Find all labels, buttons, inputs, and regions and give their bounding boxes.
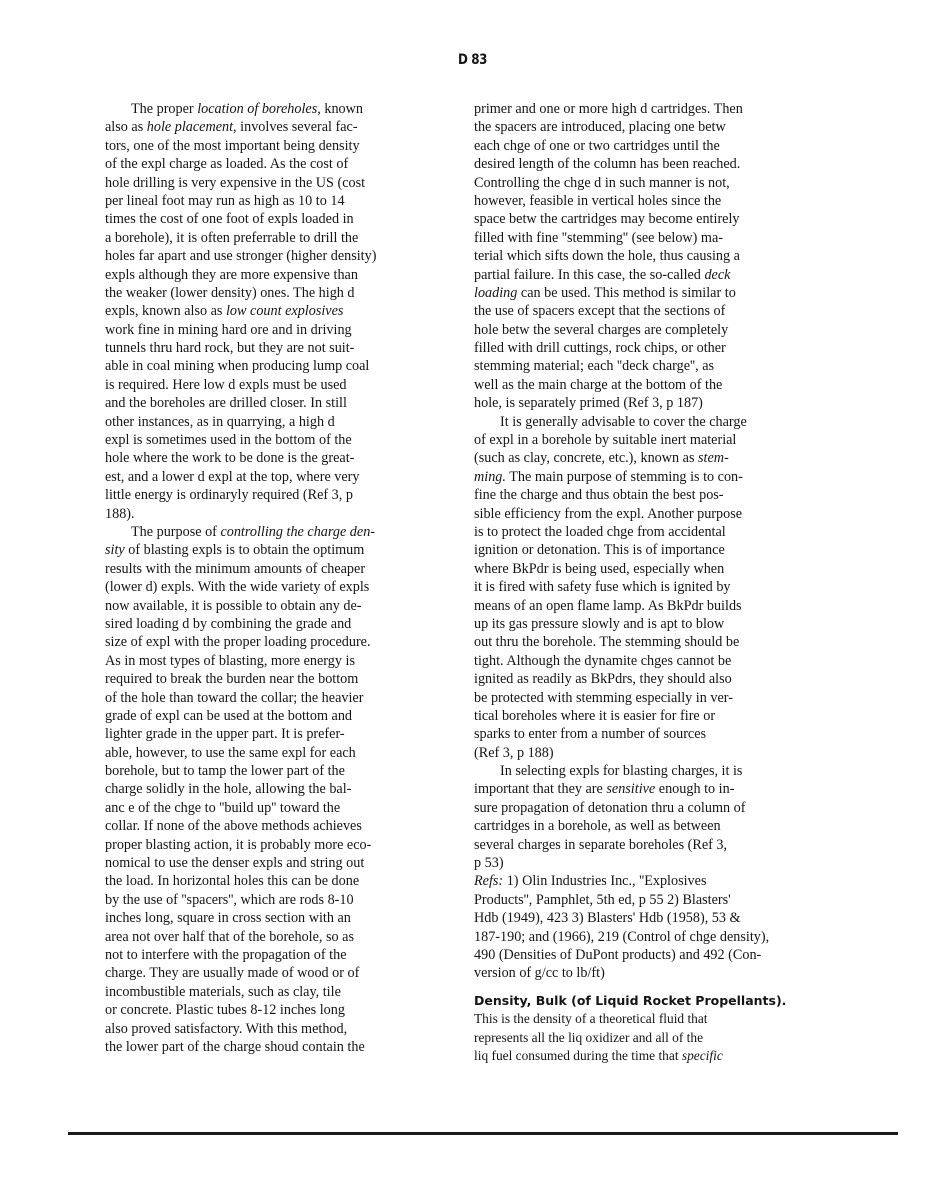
text-line: of expl in a borehole by suitable inert … — [474, 431, 794, 449]
text-line: (Ref 3, p 188) — [474, 744, 794, 762]
text-run: tight. Although the dynamite chges canno… — [474, 653, 731, 669]
text-line: a borehole), it is often preferrable to … — [105, 229, 430, 247]
text-line: is required. Here low d expls must be us… — [105, 376, 430, 394]
text-run: Controlling the chge d in such manner is… — [474, 175, 730, 191]
text-line: represents all the liq oxidizer and all … — [474, 1029, 794, 1047]
text-run: of the hole than toward the collar; the … — [105, 690, 363, 706]
text-line: anc e of the chge to ''build up'' toward… — [105, 799, 430, 817]
text-line: sity of blasting expls is to obtain the … — [105, 541, 430, 559]
text-run: expl is sometimes used in the bottom of … — [105, 432, 352, 448]
text-run: sired loading d by combining the grade a… — [105, 616, 351, 632]
text-run: ignited as readily as BkPdrs, they shoul… — [474, 671, 732, 687]
text-line: It is generally advisable to cover the c… — [474, 413, 794, 431]
text-line: up its gas pressure slowly and is apt to… — [474, 615, 794, 633]
text-line: expls although they are more expensive t… — [105, 266, 430, 284]
text-run: also as — [105, 119, 147, 135]
text-run: be protected with stemming especially in… — [474, 690, 733, 706]
text-run: cartridges in a borehole, as well as bet… — [474, 818, 721, 834]
text-run: stemming material; each ''deck charge'',… — [474, 358, 714, 374]
text-line: sired loading d by combining the grade a… — [105, 615, 430, 633]
text-run: 1) Olin Industries Inc., ''Explosives — [503, 873, 706, 889]
text-run: well as the main charge at the bottom of… — [474, 377, 722, 393]
text-line: per lineal foot may run as high as 10 to… — [105, 192, 430, 210]
text-line: required to break the burden near the bo… — [105, 670, 430, 688]
text-run: expls although they are more expensive t… — [105, 267, 358, 283]
text-run: required to break the burden near the bo… — [105, 671, 358, 687]
text-run: represents all the liq oxidizer and all … — [474, 1030, 703, 1045]
footer-rule — [68, 1132, 898, 1135]
section-heading: Density, Bulk (of Liquid Rocket Propella… — [474, 992, 794, 1010]
text-run: expls, known also as — [105, 303, 226, 319]
text-run: hole where the work to be done is the gr… — [105, 450, 354, 466]
text-run: Products'', Pamphlet, 5th ed, p 55 2) Bl… — [474, 892, 731, 908]
text-line: filled with drill cuttings, rock chips, … — [474, 339, 794, 357]
text-line: the use of spacers except that the secti… — [474, 302, 794, 320]
text-line: the spacers are introduced, placing one … — [474, 118, 794, 136]
text-line: by the use of ''spacers'', which are rod… — [105, 891, 430, 909]
text-line: hole betw the several charges are comple… — [474, 321, 794, 339]
text-run: of blasting expls is to obtain the optim… — [125, 542, 365, 558]
text-run: of the expl charge as loaded. As the cos… — [105, 156, 348, 172]
text-run: lighter grade in the upper part. It is p… — [105, 726, 345, 742]
italic-term: hole placement, — [147, 119, 237, 135]
page-header: D 83 — [71, 52, 874, 68]
text-line: charge. They are usually made of wood or… — [105, 964, 430, 982]
text-run: collar. If none of the above methods ach… — [105, 818, 362, 834]
text-line: the lower part of the charge shoud conta… — [105, 1038, 430, 1056]
left-column: The proper location of boreholes, knowna… — [105, 100, 430, 1056]
text-run: It is generally advisable to cover the c… — [500, 414, 747, 430]
text-line: The purpose of controlling the charge de… — [105, 523, 430, 541]
text-run: area not over half that of the borehole,… — [105, 929, 354, 945]
text-line: also as hole placement, involves several… — [105, 118, 430, 136]
text-line: the load. In horizontal holes this can b… — [105, 872, 430, 890]
text-run: hole, is separately primed (Ref 3, p 187… — [474, 395, 703, 411]
text-run: incombustible materials, such as clay, t… — [105, 984, 341, 1000]
text-line: expls, known also as low count explosive… — [105, 302, 430, 320]
text-run: borehole, but to tamp the lower part of … — [105, 763, 345, 779]
text-line: 490 (Densities of DuPont products) and 4… — [474, 946, 794, 964]
text-run: up its gas pressure slowly and is apt to… — [474, 616, 724, 632]
text-run: per lineal foot may run as high as 10 to… — [105, 193, 345, 209]
text-run: grade of expl can be used at the bottom … — [105, 708, 352, 724]
text-line: where BkPdr is being used, especially wh… — [474, 560, 794, 578]
text-run: 490 (Densities of DuPont products) and 4… — [474, 947, 761, 963]
italic-term: deck — [704, 267, 730, 283]
text-run: and the boreholes are drilled closer. In… — [105, 395, 347, 411]
text-run: partial failure. In this case, the so-ca… — [474, 267, 704, 283]
text-line: hole where the work to be done is the gr… — [105, 449, 430, 467]
text-line: est, and a lower d expl at the top, wher… — [105, 468, 430, 486]
text-run: the load. In horizontal holes this can b… — [105, 873, 359, 889]
text-line: of the expl charge as loaded. As the cos… — [105, 155, 430, 173]
text-run: is required. Here low d expls must be us… — [105, 377, 347, 393]
text-run: results with the minimum amounts of chea… — [105, 561, 365, 577]
text-run: In selecting expls for blasting charges,… — [500, 763, 742, 779]
text-run: by the use of ''spacers'', which are rod… — [105, 892, 354, 908]
text-line: it is fired with safety fuse which is ig… — [474, 578, 794, 596]
text-run: involves several fac- — [237, 119, 358, 135]
italic-term: sity — [105, 542, 125, 558]
text-run: As in most types of blasting, more energ… — [105, 653, 355, 669]
text-line: expl is sometimes used in the bottom of … — [105, 431, 430, 449]
text-run: est, and a lower d expl at the top, wher… — [105, 469, 360, 485]
text-run: sure propagation of detonation thru a co… — [474, 800, 745, 816]
text-line: tight. Although the dynamite chges canno… — [474, 652, 794, 670]
text-line: however, feasible in vertical holes sinc… — [474, 192, 794, 210]
text-run: is to protect the loaded chge from accid… — [474, 524, 726, 540]
text-line: p 53) — [474, 854, 794, 872]
text-line: tunnels thru hard rock, but they are not… — [105, 339, 430, 357]
italic-term: sensitive — [606, 781, 655, 797]
italic-term: ming. — [474, 469, 506, 485]
italic-term: location of boreholes, — [197, 101, 321, 117]
text-run: not to interfere with the propagation of… — [105, 947, 347, 963]
text-line: ming. The main purpose of stemming is to… — [474, 468, 794, 486]
text-line: the weaker (lower density) ones. The hig… — [105, 284, 430, 302]
text-run: known — [321, 101, 363, 117]
text-line: holes far apart and use stronger (higher… — [105, 247, 430, 265]
text-run: This is the density of a theoretical flu… — [474, 1011, 708, 1026]
text-line: now available, it is possible to obtain … — [105, 597, 430, 615]
text-run: The main purpose of stemming is to con- — [506, 469, 743, 485]
text-run: nomical to use the denser expls and stri… — [105, 855, 364, 871]
text-line: In selecting expls for blasting charges,… — [474, 762, 794, 780]
text-run: (lower d) expls. With the wide variety o… — [105, 579, 369, 595]
text-run: liq fuel consumed during the time that — [474, 1048, 682, 1063]
text-run: charge solidly in the hole, allowing the… — [105, 781, 351, 797]
right-column-continuation: This is the density of a theoretical flu… — [474, 1010, 794, 1065]
text-run: filled with drill cuttings, rock chips, … — [474, 340, 726, 356]
text-run: however, feasible in vertical holes sinc… — [474, 193, 721, 209]
text-line: terial which sifts down the hole, thus c… — [474, 247, 794, 265]
text-run: filled with fine ''stemming'' (see below… — [474, 230, 723, 246]
text-line: important that they are sensitive enough… — [474, 780, 794, 798]
text-run: inches long, square in cross section wit… — [105, 910, 351, 926]
text-line: desired length of the column has been re… — [474, 155, 794, 173]
text-line: (lower d) expls. With the wide variety o… — [105, 578, 430, 596]
text-line: sible efficiency from the expl. Another … — [474, 505, 794, 523]
text-line: lighter grade in the upper part. It is p… — [105, 725, 430, 743]
text-run: terial which sifts down the hole, thus c… — [474, 248, 740, 264]
text-line: able, however, to use the same expl for … — [105, 744, 430, 762]
text-run: size of expl with the proper loading pro… — [105, 634, 371, 650]
text-run: p 53) — [474, 855, 504, 871]
text-run: Hdb (1949), 423 3) Blasters' Hdb (1958),… — [474, 910, 741, 926]
text-run: able, however, to use the same expl for … — [105, 745, 356, 761]
text-run: desired length of the column has been re… — [474, 156, 740, 172]
text-line: of the hole than toward the collar; the … — [105, 689, 430, 707]
text-run: important that they are — [474, 781, 606, 797]
text-run: now available, it is possible to obtain … — [105, 598, 362, 614]
text-line: Hdb (1949), 423 3) Blasters' Hdb (1958),… — [474, 909, 794, 927]
text-run: enough to in- — [655, 781, 734, 797]
text-run: tical boreholes where it is easier for f… — [474, 708, 715, 724]
text-run: able in coal mining when producing lump … — [105, 358, 369, 374]
text-line: The proper location of boreholes, known — [105, 100, 430, 118]
text-run: sible efficiency from the expl. Another … — [474, 506, 742, 522]
text-run: fine the charge and thus obtain the best… — [474, 487, 724, 503]
text-line: Products'', Pamphlet, 5th ed, p 55 2) Bl… — [474, 891, 794, 909]
italic-term: controlling the charge den- — [220, 524, 375, 540]
italic-term: Refs: — [474, 873, 503, 889]
text-run: it is fired with safety fuse which is ig… — [474, 579, 731, 595]
text-run: hole betw the several charges are comple… — [474, 322, 728, 338]
text-line: version of g/cc to lb/ft) — [474, 964, 794, 982]
text-line: collar. If none of the above methods ach… — [105, 817, 430, 835]
text-line: results with the minimum amounts of chea… — [105, 560, 430, 578]
text-run: also proved satisfactory. With this meth… — [105, 1021, 347, 1037]
text-run: tunnels thru hard rock, but they are not… — [105, 340, 354, 356]
text-line: Refs: 1) Olin Industries Inc., ''Explosi… — [474, 872, 794, 890]
text-run: space betw the cartridges may become ent… — [474, 211, 740, 227]
text-run: sparks to enter from a number of sources — [474, 726, 706, 742]
text-line: (such as clay, concrete, etc.), known as… — [474, 449, 794, 467]
text-line: primer and one or more high d cartridges… — [474, 100, 794, 118]
text-line: 188). — [105, 505, 430, 523]
text-run: (Ref 3, p 188) — [474, 745, 554, 761]
text-line: inches long, square in cross section wit… — [105, 909, 430, 927]
text-run: means of an open flame lamp. As BkPdr bu… — [474, 598, 742, 614]
text-line: well as the main charge at the bottom of… — [474, 376, 794, 394]
text-line: little energy is ordinaryly required (Re… — [105, 486, 430, 504]
text-run: the lower part of the charge shoud conta… — [105, 1039, 365, 1055]
text-line: liq fuel consumed during the time that s… — [474, 1047, 794, 1065]
text-line: sure propagation of detonation thru a co… — [474, 799, 794, 817]
text-run: The proper — [131, 101, 197, 117]
text-run: the use of spacers except that the secti… — [474, 303, 725, 319]
right-column: primer and one or more high d cartridges… — [474, 100, 794, 1065]
text-run: where BkPdr is being used, especially wh… — [474, 561, 724, 577]
text-run: work fine in mining hard ore and in driv… — [105, 322, 352, 338]
text-line: tors, one of the most important being de… — [105, 137, 430, 155]
text-run: the spacers are introduced, placing one … — [474, 119, 726, 135]
text-line: work fine in mining hard ore and in driv… — [105, 321, 430, 339]
text-line: grade of expl can be used at the bottom … — [105, 707, 430, 725]
text-run: or concrete. Plastic tubes 8-12 inches l… — [105, 1002, 345, 1018]
text-run: each chge of one or two cartridges until… — [474, 138, 720, 154]
text-run: out thru the borehole. The stemming shou… — [474, 634, 739, 650]
text-line: nomical to use the denser expls and stri… — [105, 854, 430, 872]
italic-term: low count explosives — [226, 303, 343, 319]
text-run: hole drilling is very expensive in the U… — [105, 175, 365, 191]
text-line: is to protect the loaded chge from accid… — [474, 523, 794, 541]
text-run: ignition or detonation. This is of impor… — [474, 542, 725, 558]
text-run: a borehole), it is often preferrable to … — [105, 230, 358, 246]
italic-term: stem- — [698, 450, 729, 466]
text-line: several charges in separate boreholes (R… — [474, 836, 794, 854]
text-run: tors, one of the most important being de… — [105, 138, 360, 154]
text-line: Controlling the chge d in such manner is… — [474, 174, 794, 192]
text-line: This is the density of a theoretical flu… — [474, 1010, 794, 1028]
text-line: charge solidly in the hole, allowing the… — [105, 780, 430, 798]
italic-term: specific — [682, 1048, 723, 1063]
text-line: ignited as readily as BkPdrs, they shoul… — [474, 670, 794, 688]
text-line: proper blasting action, it is probably m… — [105, 836, 430, 854]
text-line: space betw the cartridges may become ent… — [474, 210, 794, 228]
text-line: As in most types of blasting, more energ… — [105, 652, 430, 670]
text-run: (such as clay, concrete, etc.), known as — [474, 450, 698, 466]
text-run: The purpose of — [131, 524, 220, 540]
text-line: size of expl with the proper loading pro… — [105, 633, 430, 651]
text-line: incombustible materials, such as clay, t… — [105, 983, 430, 1001]
text-line: times the cost of one foot of expls load… — [105, 210, 430, 228]
text-run: little energy is ordinaryly required (Re… — [105, 487, 353, 503]
text-line: tical boreholes where it is easier for f… — [474, 707, 794, 725]
text-run: of expl in a borehole by suitable inert … — [474, 432, 736, 448]
text-line: means of an open flame lamp. As BkPdr bu… — [474, 597, 794, 615]
text-line: sparks to enter from a number of sources — [474, 725, 794, 743]
text-run: proper blasting action, it is probably m… — [105, 837, 371, 853]
text-line: each chge of one or two cartridges until… — [474, 137, 794, 155]
text-run: several charges in separate boreholes (R… — [474, 837, 727, 853]
text-run: anc e of the chge to ''build up'' toward… — [105, 800, 340, 816]
text-line: be protected with stemming especially in… — [474, 689, 794, 707]
text-run: the weaker (lower density) ones. The hig… — [105, 285, 355, 301]
text-line: partial failure. In this case, the so-ca… — [474, 266, 794, 284]
text-run: can be used. This method is similar to — [517, 285, 735, 301]
text-line: or concrete. Plastic tubes 8-12 inches l… — [105, 1001, 430, 1019]
text-line: loading can be used. This method is simi… — [474, 284, 794, 302]
text-line: hole, is separately primed (Ref 3, p 187… — [474, 394, 794, 412]
italic-term: loading — [474, 285, 517, 301]
text-run: other instances, as in quarrying, a high… — [105, 414, 335, 430]
right-column-body: primer and one or more high d cartridges… — [474, 100, 794, 983]
text-line: ignition or detonation. This is of impor… — [474, 541, 794, 559]
text-run: 187-190; and (1966), 219 (Control of chg… — [474, 929, 769, 945]
text-line: able in coal mining when producing lump … — [105, 357, 430, 375]
text-line: hole drilling is very expensive in the U… — [105, 174, 430, 192]
text-run: charge. They are usually made of wood or… — [105, 965, 359, 981]
text-run: times the cost of one foot of expls load… — [105, 211, 354, 227]
text-line: and the boreholes are drilled closer. In… — [105, 394, 430, 412]
text-line: borehole, but to tamp the lower part of … — [105, 762, 430, 780]
text-line: not to interfere with the propagation of… — [105, 946, 430, 964]
text-line: fine the charge and thus obtain the best… — [474, 486, 794, 504]
text-run: version of g/cc to lb/ft) — [474, 965, 605, 981]
text-run: 188). — [105, 506, 135, 522]
text-line: other instances, as in quarrying, a high… — [105, 413, 430, 431]
text-line: filled with fine ''stemming'' (see below… — [474, 229, 794, 247]
text-line: stemming material; each ''deck charge'',… — [474, 357, 794, 375]
text-line: also proved satisfactory. With this meth… — [105, 1020, 430, 1038]
text-run: holes far apart and use stronger (higher… — [105, 248, 376, 264]
text-line: cartridges in a borehole, as well as bet… — [474, 817, 794, 835]
text-run: primer and one or more high d cartridges… — [474, 101, 743, 117]
text-line: area not over half that of the borehole,… — [105, 928, 430, 946]
text-line: 187-190; and (1966), 219 (Control of chg… — [474, 928, 794, 946]
text-line: out thru the borehole. The stemming shou… — [474, 633, 794, 651]
